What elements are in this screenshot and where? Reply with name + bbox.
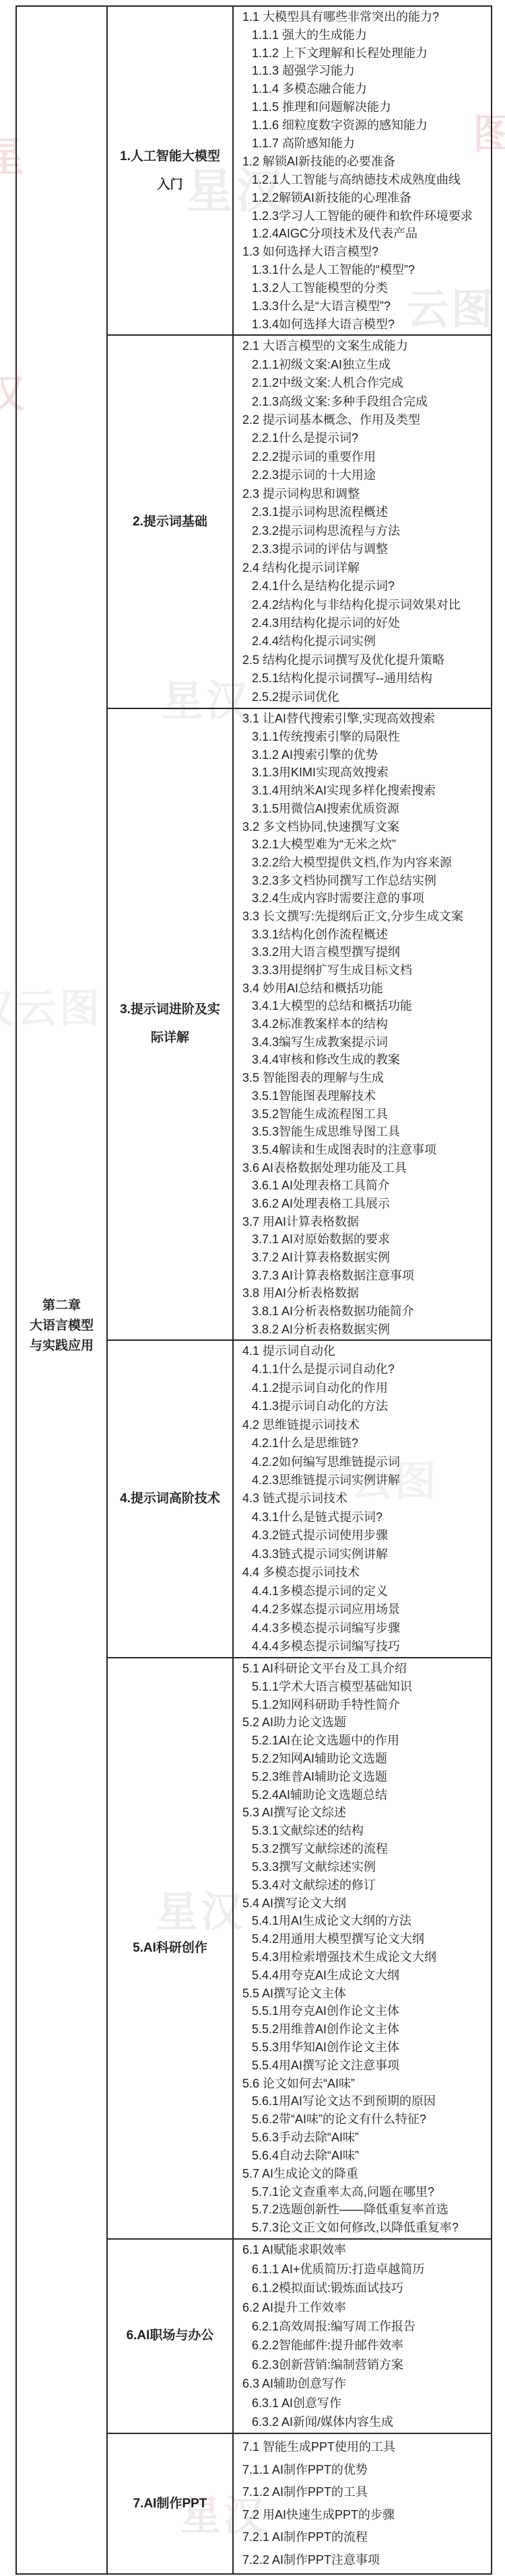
toc-item: 5.4.4用夸克AI生成论文大纲 (242, 1966, 491, 1985)
toc-item: 3.6.1 AI处理表格工具简介 (242, 1177, 491, 1195)
toc-item: 3.7 用AI计算表格数据 (242, 1213, 491, 1231)
toc-item: 2.4.1什么是结构化提示词? (242, 577, 491, 595)
toc-item: 7.2.2 AI制作PPT注意事项 (242, 2549, 491, 2572)
toc-item: 5.6.3手动去除“AI味” (242, 2129, 491, 2147)
toc-item: 6.2.2智能邮件:提升邮件效率 (242, 2336, 491, 2355)
toc-item: 5.6.2带“AI味”的论文有什么特征? (242, 2110, 491, 2129)
toc-item: 6.3.1 AI创意写作 (242, 2394, 491, 2413)
toc-item: 2.2.3提示词的十大用途 (242, 466, 491, 484)
section-row: 4.提示词高阶技术 4.1 提示词自动化4.1.1什么是提示词自动化?4.1.2… (108, 1341, 491, 1659)
toc-item: 5.7.1论文查重率太高,问题在哪里? (242, 2183, 491, 2201)
toc-item: 1.1.5 推理和问题解决能力 (242, 98, 491, 116)
toc-item: 5.6.4自动去除“AI味” (242, 2147, 491, 2165)
sections-column: 1.人工智能大模型入门 1.1 大模型具有哪些非常突出的能力?1.1.1 强大的… (108, 7, 491, 2573)
toc-item: 2.4 结构化提示词详解 (242, 559, 491, 577)
item-list: 6.1 AI赋能求职效率6.1.1 AI+优质简历:打造卓越简历6.1.2模拟面… (232, 2240, 491, 2433)
toc-item: 3.4.2标准教案样本的结构 (242, 1015, 491, 1033)
section-title-line: 1.人工智能大模型 (120, 143, 220, 171)
toc-item: 2.5 结构化提示词撰写及优化提升策略 (242, 651, 491, 669)
toc-item: 1.3.3什么是“大语言模型”? (242, 297, 491, 316)
chapter-cell: 第二章大语言模型与实践应用 (17, 7, 108, 2573)
toc-item: 7.2.1 AI制作PPT的流程 (242, 2526, 491, 2549)
toc-item: 5.2.3维普AI辅助论文选题 (242, 1768, 491, 1786)
toc-item: 3.5.3智能生成思维导图工具 (242, 1123, 491, 1141)
outline-table: 第二章大语言模型与实践应用 1.人工智能大模型入门 1.1 大模型具有哪些非常突… (15, 5, 492, 2575)
section-row: 2.提示词基础 2.1 大语言模型的文案生成能力2.1.1初级文案:AI独立生成… (108, 336, 491, 708)
toc-item: 4.2.2如何编写思维链提示词 (242, 1453, 491, 1471)
section-row: 6.AI职场与办公 6.1 AI赋能求职效率6.1.1 AI+优质简历:打造卓越… (108, 2240, 491, 2435)
section-title: 5.AI科研创作 (108, 1658, 232, 2238)
toc-item: 5.1 AI科研论文平台及工具介绍 (242, 1660, 491, 1678)
toc-item: 4.3.3链式提示词实例讲解 (242, 1545, 491, 1563)
toc-item: 5.5.4用AI撰写论文注意事项 (242, 2057, 491, 2075)
toc-item: 1.1.4 多模态融合能力 (242, 80, 491, 98)
section-row: 7.AI制作PPT 7.1 智能生成PPT使用的工具7.1.1 AI制作PPT的… (108, 2434, 491, 2573)
toc-item: 2.1.3高级文案:多种手段组合完成 (242, 393, 491, 411)
toc-item: 2.2.2提示词的重要作用 (242, 448, 491, 466)
toc-item: 4.1 提示词自动化 (242, 1342, 491, 1360)
chapter-title-line: 与实践应用 (30, 1336, 94, 1356)
toc-item: 3.7.2 AI计算表格数据实例 (242, 1249, 491, 1267)
course-outline-page: 星汉星图云图汉星汉汉云图云图星汉星汉 第二章大语言模型与实践应用 1.人工智能大… (0, 0, 505, 2576)
toc-item: 4.2.3思维链提示词实例讲解 (242, 1471, 491, 1489)
toc-item: 3.5.1智能图表理解技术 (242, 1087, 491, 1105)
toc-item: 3.3.3用提纲扩写生成目标文档 (242, 961, 491, 980)
toc-item: 3.7.1 AI对原始数据的要求 (242, 1230, 491, 1249)
section-title-line: 5.AI科研创作 (133, 1934, 207, 1962)
section-title: 6.AI职场与办公 (108, 2240, 232, 2433)
toc-item: 6.3 AI辅助创意写作 (242, 2374, 491, 2393)
toc-item: 4.3.1什么是链式提示词? (242, 1508, 491, 1526)
toc-item: 1.3.1什么是人工智能的“模型”? (242, 261, 491, 279)
toc-item: 2.3 提示词构思和调整 (242, 485, 491, 503)
section-row: 5.AI科研创作 5.1 AI科研论文平台及工具介绍5.1.1学术大语言模型基础… (108, 1658, 491, 2239)
toc-item: 3.2.2给大模型提供文档,作为内容来源 (242, 854, 491, 872)
toc-item: 1.3.4如何选择大语言模型? (242, 316, 491, 334)
toc-item: 3.4 妙用AI总结和概括功能 (242, 980, 491, 998)
section-title: 1.人工智能大模型入门 (108, 7, 232, 334)
toc-item: 3.1.2 AI搜索引擎的优势 (242, 746, 491, 764)
section-title-line: 2.提示词基础 (133, 508, 207, 536)
toc-item: 2.3.1提示词构思流程概述 (242, 503, 491, 521)
toc-item: 4.2.1什么是思维链? (242, 1434, 491, 1452)
toc-item: 5.3.2撰写文献综述的流程 (242, 1840, 491, 1858)
toc-item: 2.3.3提示词的评估与调整 (242, 540, 491, 558)
toc-item: 3.6.2 AI处理表格工具展示 (242, 1195, 491, 1213)
toc-item: 5.5.2用维普AI创作论文主体 (242, 2020, 491, 2038)
toc-item: 5.4 AI撰写论文大纲 (242, 1894, 491, 1913)
toc-item: 3.5.4解读和生成图表时的注意事项 (242, 1141, 491, 1159)
toc-item: 6.2.3创新营销:编制营销方案 (242, 2355, 491, 2374)
toc-item: 4.1.2提示词自动化的作用 (242, 1379, 491, 1397)
toc-item: 5.7.2选题创新性——降低重复率首选 (242, 2201, 491, 2219)
toc-item: 3.4.1大模型的总结和概括功能 (242, 997, 491, 1015)
toc-item: 5.7 AI生成论文的降重 (242, 2165, 491, 2183)
toc-item: 1.2.1人工智能与高纳德技术成熟度曲线 (242, 171, 491, 189)
toc-item: 3.3.2用大语言模型撰写提纲 (242, 943, 491, 961)
toc-item: 2.4.4结构化提示词实例 (242, 632, 491, 651)
toc-item: 3.1 让AI替代搜索引擎,实现高效搜索 (242, 710, 491, 728)
toc-item: 5.2.2知网AI辅助论文选题 (242, 1750, 491, 1768)
section-title-line: 4.提示词高阶技术 (120, 1485, 220, 1513)
toc-item: 3.8.1 AI分析表格数据功能简介 (242, 1302, 491, 1321)
toc-item: 4.1.1什么是提示词自动化? (242, 1360, 491, 1378)
toc-item: 1.1.6 细粒度数字资源的感知能力 (242, 116, 491, 135)
section-row: 3.提示词进阶及实际详解 3.1 让AI替代搜索引擎,实现高效搜索3.1.1传统… (108, 709, 491, 1341)
section-title-line: 3.提示词进阶及实 (120, 996, 220, 1024)
toc-item: 5.2 AI助力论文选题 (242, 1714, 491, 1732)
item-list: 2.1 大语言模型的文案生成能力2.1.1初级文案:AI独立生成2.1.2中级文… (232, 336, 491, 707)
toc-item: 6.1.2模拟面试:锻炼面试技巧 (242, 2279, 491, 2297)
toc-item: 1.2 解锁AI新技能的必要准备 (242, 153, 491, 171)
toc-item: 5.4.3用检索增强技术生成论文大纲 (242, 1948, 491, 1966)
toc-item: 4.4.1多模态提示词的定义 (242, 1582, 491, 1600)
toc-item: 3.4.4审核和修改生成的教案 (242, 1051, 491, 1069)
toc-item: 6.2 AI提升工作效率 (242, 2298, 491, 2317)
section-title: 3.提示词进阶及实际详解 (108, 709, 232, 1339)
toc-item: 2.4.2结构化与非结构化提示词效果对比 (242, 596, 491, 614)
toc-item: 3.3.1结构化创作流程概述 (242, 926, 491, 944)
section-title: 7.AI制作PPT (108, 2434, 232, 2573)
section-title-line: 7.AI制作PPT (133, 2490, 207, 2518)
toc-item: 3.5 智能图表的理解与生成 (242, 1069, 491, 1087)
toc-item: 6.2.1高效周报:编写周工作报告 (242, 2317, 491, 2336)
toc-item: 4.4 多模态提示词技术 (242, 1563, 491, 1582)
chapter-title-line: 第二章 (30, 1296, 94, 1316)
toc-item: 5.1.2知网科研助手特性简介 (242, 1696, 491, 1714)
section-row: 1.人工智能大模型入门 1.1 大模型具有哪些非常突出的能力?1.1.1 强大的… (108, 7, 491, 336)
item-list: 7.1 智能生成PPT使用的工具7.1.1 AI制作PPT的优势7.1.2 AI… (232, 2434, 491, 2573)
toc-item: 7.1.1 AI制作PPT的优势 (242, 2459, 491, 2482)
toc-item: 3.1.5用微信AI搜索优质资源 (242, 800, 491, 818)
toc-item: 5.3.4对文献综述的修订 (242, 1876, 491, 1894)
toc-item: 5.1.1学术大语言模型基础知识 (242, 1678, 491, 1696)
toc-item: 2.5.2提示词优化 (242, 688, 491, 706)
toc-item: 5.3.1文献综述的结构 (242, 1822, 491, 1840)
toc-item: 7.1 智能生成PPT使用的工具 (242, 2436, 491, 2459)
toc-item: 7.2 用AI快速生成PPT的步骤 (242, 2504, 491, 2527)
toc-item: 1.1.3 超强学习能力 (242, 62, 491, 80)
toc-item: 5.7.3论文正文如何修改,以降低重复率? (242, 2219, 491, 2237)
toc-item: 3.1.4用纳米AI实现多样化搜索搜索 (242, 782, 491, 800)
toc-item: 2.1 大语言模型的文案生成能力 (242, 337, 491, 355)
toc-item: 3.1.3用KIMI实现高效搜索 (242, 764, 491, 782)
toc-item: 3.7.3 AI计算表格数据注意事项 (242, 1267, 491, 1285)
chapter-title-line: 大语言模型 (30, 1316, 94, 1336)
toc-item: 3.3 长文撰写:先提纲后正文,分步生成文案 (242, 908, 491, 926)
toc-item: 6.1 AI赋能求职效率 (242, 2240, 491, 2259)
toc-item: 1.2.2解锁AI新技能的心理准备 (242, 189, 491, 207)
toc-item: 1.1.7 高阶感知能力 (242, 135, 491, 153)
toc-item: 3.2.1大模型难为“无米之炊” (242, 836, 491, 854)
toc-item: 5.4.1用AI生成论文大纲的方法 (242, 1912, 491, 1930)
toc-item: 1.2.4AIGC分项技术及代表产品 (242, 225, 491, 243)
toc-item: 2.5.1结构化提示词撰写--通用结构 (242, 669, 491, 688)
toc-item: 2.3.2提示词构思流程与方法 (242, 522, 491, 540)
item-list: 5.1 AI科研论文平台及工具介绍5.1.1学术大语言模型基础知识5.1.2知网… (232, 1658, 491, 2238)
toc-item: 3.1.1传统搜索引擎的局限性 (242, 728, 491, 746)
toc-item: 3.6 AI表格数据处理功能及工具 (242, 1159, 491, 1177)
toc-item: 6.1.1 AI+优质简历:打造卓越简历 (242, 2260, 491, 2279)
toc-item: 1.3 如何选择大语言模型? (242, 243, 491, 261)
section-title: 4.提示词高阶技术 (108, 1341, 232, 1658)
toc-item: 7.1.2 AI制作PPT的工具 (242, 2481, 491, 2504)
toc-item: 5.2.4AI辅助论文选题总结 (242, 1786, 491, 1804)
toc-item: 6.3.2 AI新闻/媒体内容生成 (242, 2413, 491, 2431)
section-title-line: 入门 (157, 171, 182, 199)
toc-item: 1.1.1 强大的生成能力 (242, 26, 491, 44)
toc-item: 3.8.2 AI分析表格数据实例 (242, 1321, 491, 1339)
toc-item: 4.2 思维链提示词技术 (242, 1416, 491, 1434)
toc-item: 1.1.2 上下文理解和长程处理能力 (242, 44, 491, 63)
toc-item: 3.2 多文档协同,快速撰写文案 (242, 818, 491, 836)
item-list: 1.1 大模型具有哪些非常突出的能力?1.1.1 强大的生成能力1.1.2 上下… (232, 7, 491, 334)
toc-item: 4.4.3多模态提示词编写步骤 (242, 1619, 491, 1637)
toc-item: 4.1.3提示词自动化的方法 (242, 1397, 491, 1415)
toc-item: 5.5.1用夸克AI创作论文主体 (242, 2002, 491, 2020)
toc-item: 1.1 大模型具有哪些非常突出的能力? (242, 8, 491, 26)
toc-item: 5.3 AI撰写论文综述 (242, 1804, 491, 1822)
toc-item: 3.2.3多文档协同撰写工作总结实例 (242, 872, 491, 890)
toc-item: 5.6 论文如何去“AI味” (242, 2075, 491, 2093)
toc-item: 5.4.2用通用大模型撰写论文大纲 (242, 1930, 491, 1948)
toc-item: 5.6.1用AI写论文达不到预期的原因 (242, 2092, 491, 2110)
toc-item: 3.5.2智能生成流程图工具 (242, 1105, 491, 1124)
item-list: 4.1 提示词自动化4.1.1什么是提示词自动化?4.1.2提示词自动化的作用4… (232, 1341, 491, 1658)
section-title-line: 6.AI职场与办公 (127, 2322, 214, 2350)
toc-item: 4.4.4多模态提示词编写技巧 (242, 1637, 491, 1656)
toc-item: 1.3.2人工智能模型的分类 (242, 279, 491, 297)
toc-item: 5.2.1AI在论文选题中的作用 (242, 1732, 491, 1750)
toc-item: 5.3.3撰写文献综述实例 (242, 1858, 491, 1876)
toc-item: 5.5.3用华知AI创作论文主体 (242, 2038, 491, 2057)
toc-item: 3.2.4生成内容时需要注意的事项 (242, 889, 491, 908)
toc-item: 4.3.2链式提示词使用步骤 (242, 1526, 491, 1545)
toc-item: 4.4.2多媒态提示词应用场景 (242, 1600, 491, 1619)
chapter-title: 第二章大语言模型与实践应用 (30, 1296, 94, 1356)
section-title: 2.提示词基础 (108, 336, 232, 707)
section-title-line: 际详解 (151, 1024, 189, 1052)
toc-item: 2.1.1初级文案:AI独立生成 (242, 356, 491, 374)
item-list: 3.1 让AI替代搜索引擎,实现高效搜索3.1.1传统搜索引擎的局限性3.1.2… (232, 709, 491, 1339)
toc-item: 2.1.2中级文案:人机合作完成 (242, 374, 491, 392)
toc-item: 1.2.3学习人工智能的硬件和软件环境要求 (242, 207, 491, 225)
toc-item: 3.4.3编写生成教案提示词 (242, 1033, 491, 1052)
toc-item: 2.2 提示词基本概念、作用及类型 (242, 411, 491, 429)
toc-item: 4.3 链式提示词技术 (242, 1489, 491, 1508)
toc-item: 2.4.3用结构化提示词的好处 (242, 614, 491, 632)
toc-item: 5.5 AI撰写论文主体 (242, 1985, 491, 2003)
toc-item: 3.8 用AI分析表格数据 (242, 1284, 491, 1302)
toc-item: 2.2.1什么是提示词? (242, 429, 491, 447)
